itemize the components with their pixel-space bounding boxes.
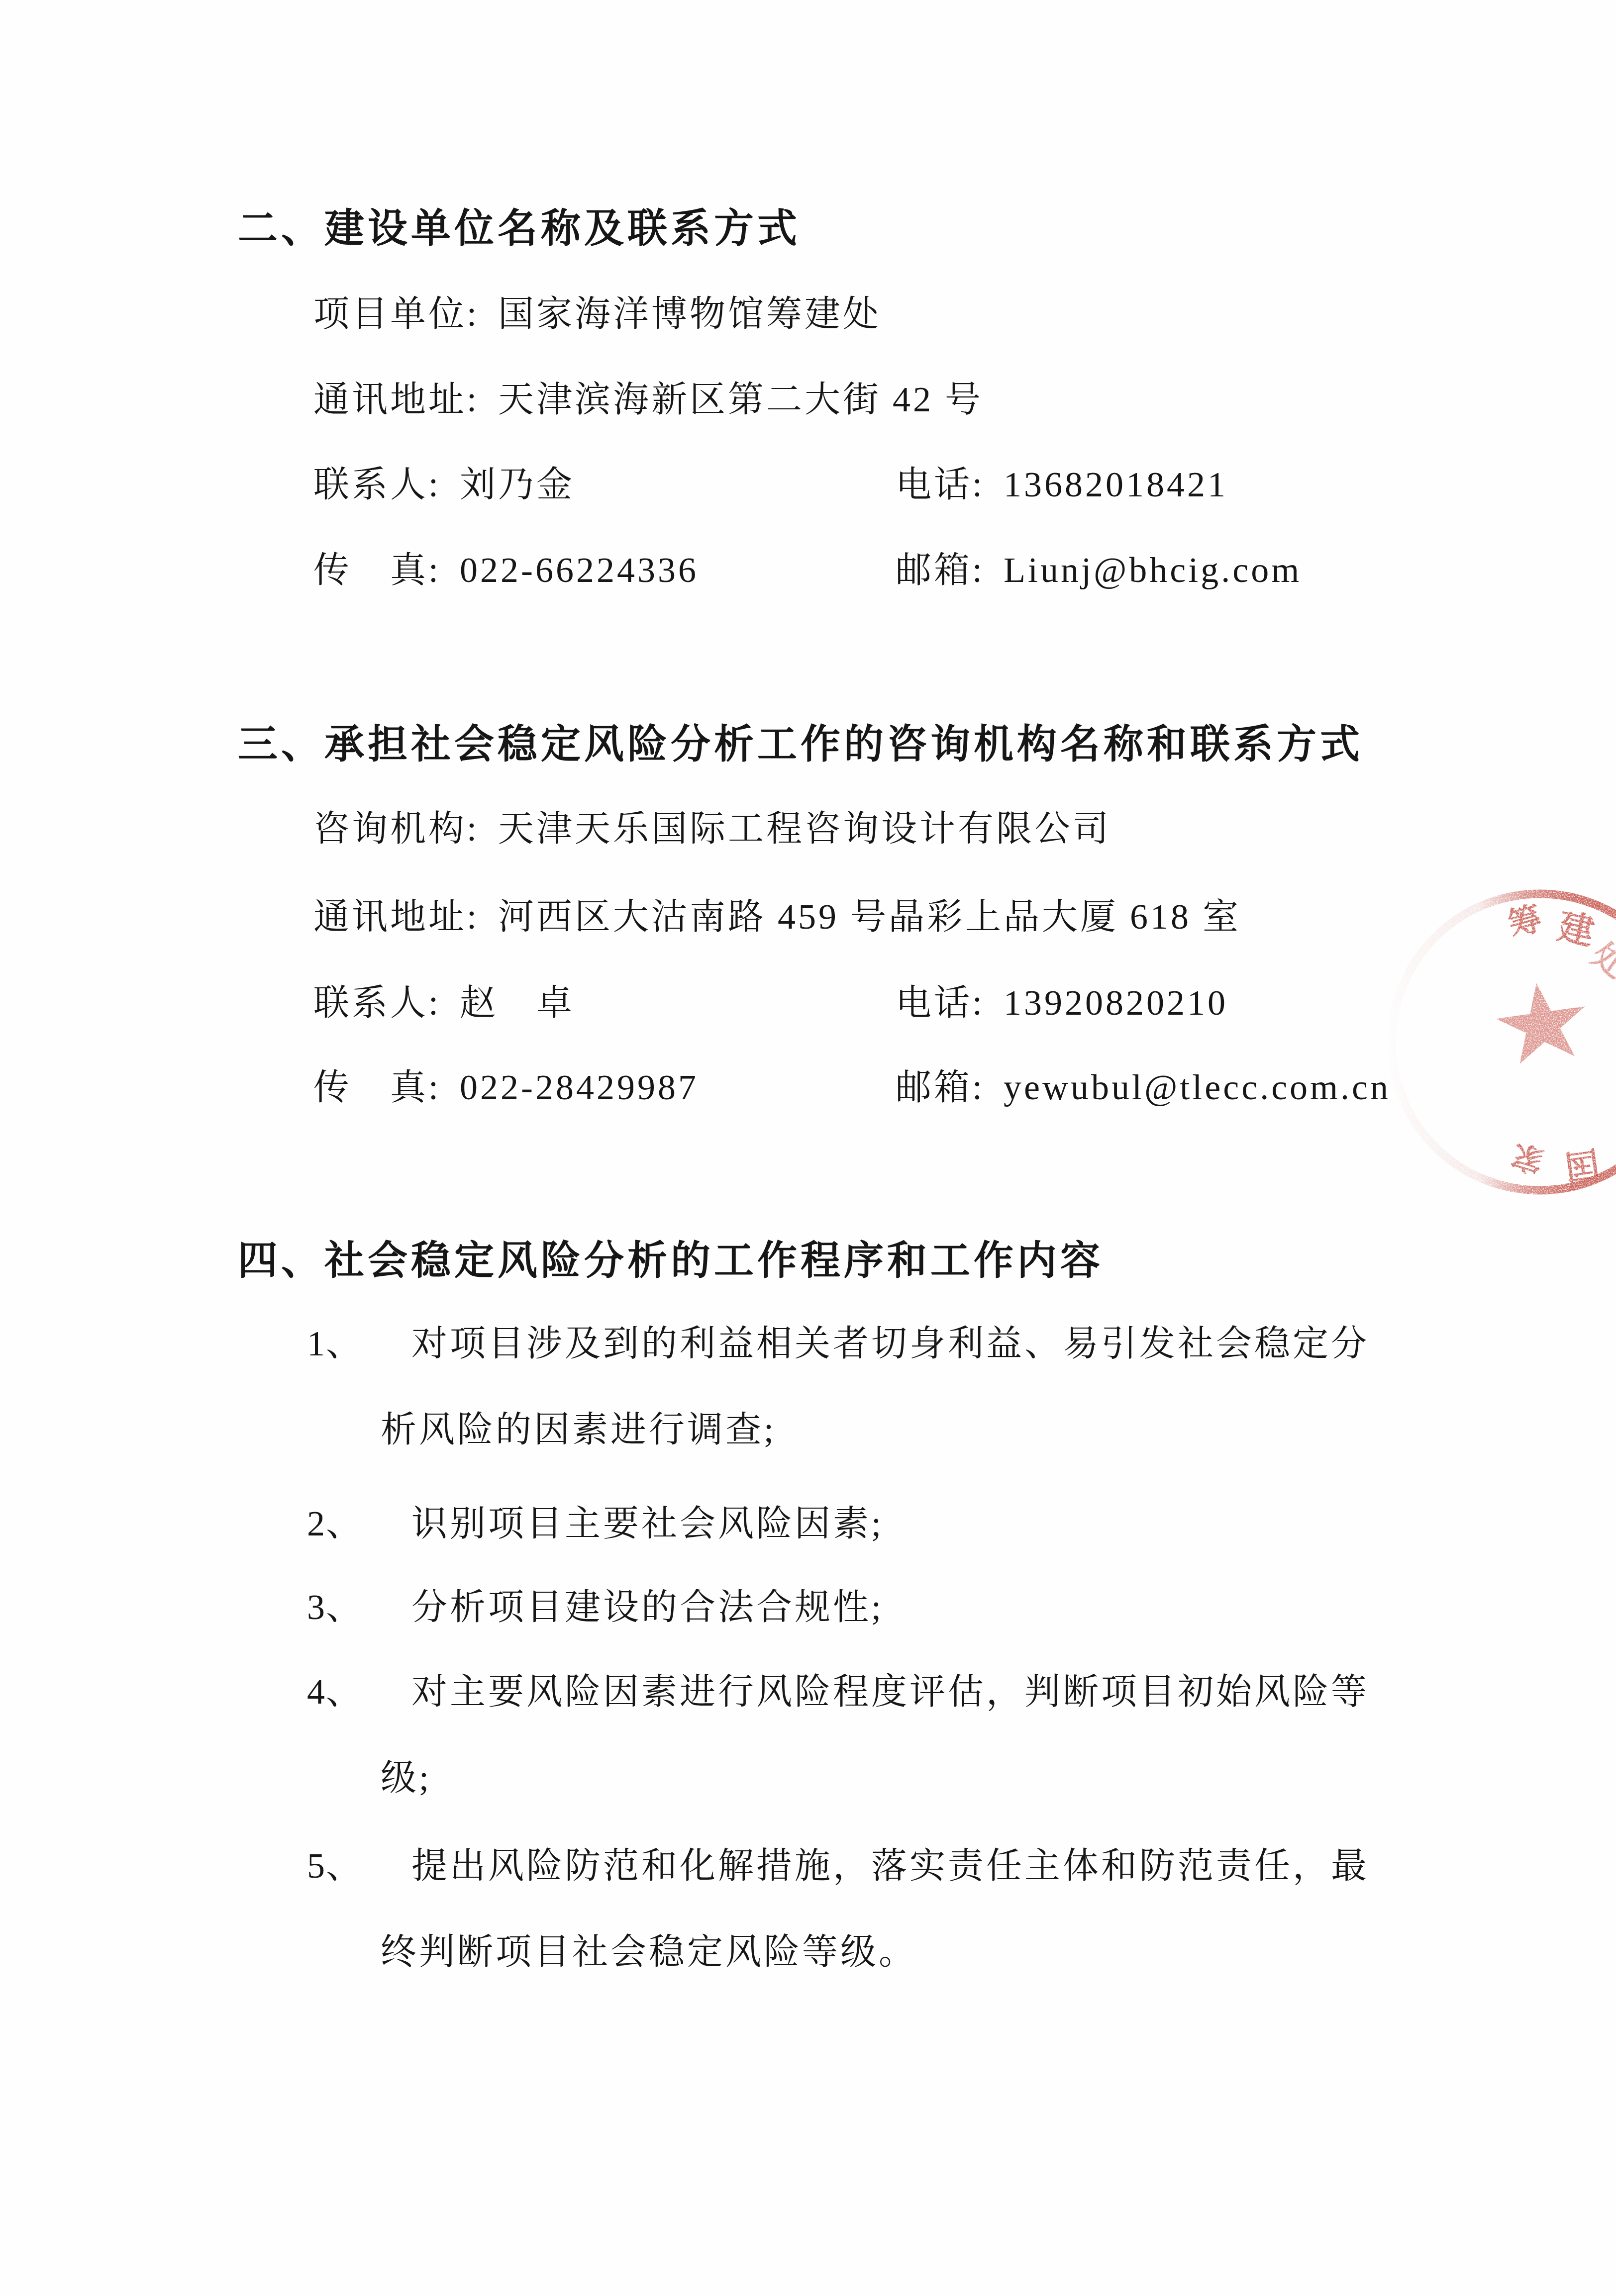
field-value: 刘乃金: [460, 465, 575, 504]
field-value: 天津天乐国际工程咨询设计有限公司: [498, 809, 1111, 849]
scanned-document-page: 二、建设单位名称及联系方式 项目单位:国家海洋博物馆筹建处 通讯地址:天津滨海新…: [0, 0, 1616, 2296]
row-fax-2: 传 真:022-28429987 邮箱:yewubul@tlecc.com.cn: [0, 1045, 1616, 1131]
list-item-number: 3、: [307, 1564, 363, 1650]
row-consulting-org: 咨询机构:天津天乐国际工程咨询设计有限公司: [0, 786, 1616, 872]
field-contact-person: 联系人:赵 卓: [313, 960, 575, 1046]
field-label: 邮箱:: [896, 550, 985, 590]
official-seal-stamp: 筹 建 处 家 国: [1383, 885, 1616, 1204]
list-item-line: 终判断项目社会稳定风险等级。: [381, 1909, 1450, 1995]
field-label: 电话:: [896, 465, 985, 504]
row-mailing-address-2: 通讯地址:河西区大沽南路 459 号晶彩上品大厦 618 室: [0, 874, 1616, 960]
list-item-line: 对项目涉及到的利益相关者切身利益、易引发社会稳定分: [381, 1301, 1450, 1387]
field-fax: 传 真:022-28429987: [313, 1045, 699, 1131]
seal-char: 筹: [1505, 900, 1546, 944]
list-item-3: 3、 分析项目建设的合法合规性;: [381, 1564, 1450, 1650]
list-item-1: 1、 对项目涉及到的利益相关者切身利益、易引发社会稳定分 析风险的因素进行调查;: [381, 1301, 1450, 1473]
list-item-5: 5、 提出风险防范和化解措施，落实责任主体和防范责任，最 终判断项目社会稳定风险…: [381, 1823, 1450, 1995]
list-item-line: 分析项目建设的合法合规性;: [381, 1564, 1450, 1650]
field-value: 13682018421: [1004, 465, 1228, 504]
row-contact-person-2: 联系人:赵 卓 电话:13920820210: [0, 960, 1616, 1046]
field-mailing-address: 通讯地址:河西区大沽南路 459 号晶彩上品大厦 618 室: [313, 874, 1241, 960]
list-item-number: 1、: [307, 1301, 363, 1387]
list-item-line: 析风险的因素进行调查;: [381, 1387, 1450, 1473]
field-phone: 电话:13920820210: [896, 960, 1228, 1046]
list-item-4: 4、 对主要风险因素进行风险程度评估，判断项目初始风险等 级;: [381, 1649, 1450, 1821]
field-value: yewubul@tlecc.com.cn: [1004, 1067, 1391, 1107]
row-contact-person-1: 联系人:刘乃金 电话:13682018421: [0, 442, 1616, 528]
list-item-line: 提出风险防范和化解措施，落实责任主体和防范责任，最: [381, 1823, 1450, 1909]
field-value: 022-66224336: [460, 550, 699, 590]
seal-star-icon: [1492, 977, 1592, 1066]
field-value: 河西区大沽南路 459 号晶彩上品大厦 618 室: [498, 897, 1241, 937]
list-item-line: 级;: [381, 1735, 1450, 1821]
list-item-line: 对主要风险因素进行风险程度评估，判断项目初始风险等: [381, 1649, 1450, 1735]
list-item-number: 5、: [307, 1823, 363, 1909]
row-project-unit: 项目单位:国家海洋博物馆筹建处: [0, 271, 1616, 357]
field-phone: 电话:13682018421: [896, 442, 1228, 528]
field-label: 传 真:: [313, 1067, 441, 1107]
field-value: 赵 卓: [460, 983, 575, 1023]
field-label: 通讯地址:: [313, 380, 479, 419]
field-label: 项目单位:: [313, 294, 479, 334]
field-label: 通讯地址:: [313, 897, 479, 937]
field-value: 国家海洋博物馆筹建处: [498, 294, 881, 334]
field-mailing-address: 通讯地址:天津滨海新区第二大街 42 号: [313, 357, 983, 443]
seal-char: 建: [1554, 906, 1598, 953]
field-fax: 传 真:022-66224336: [313, 527, 699, 613]
seal-char: 家: [1508, 1137, 1547, 1179]
field-email: 邮箱:Liunj@bhcig.com: [896, 527, 1302, 613]
field-value: 13920820210: [1004, 983, 1228, 1023]
field-contact-person: 联系人:刘乃金: [313, 442, 575, 528]
seal-char: 国: [1563, 1144, 1602, 1186]
list-item-line: 识别项目主要社会风险因素;: [381, 1481, 1450, 1567]
field-project-unit: 项目单位:国家海洋博物馆筹建处: [313, 271, 881, 357]
section-4-heading: 四、社会稳定风险分析的工作程序和工作内容: [238, 1236, 1104, 1286]
section-2-heading: 二、建设单位名称及联系方式: [238, 204, 801, 254]
row-mailing-address-1: 通讯地址:天津滨海新区第二大街 42 号: [0, 357, 1616, 443]
field-email: 邮箱:yewubul@tlecc.com.cn: [896, 1045, 1391, 1131]
field-label: 联系人:: [313, 983, 441, 1023]
field-label: 邮箱:: [896, 1067, 985, 1107]
list-item-number: 2、: [307, 1481, 363, 1567]
field-label: 联系人:: [313, 465, 441, 504]
row-fax-1: 传 真:022-66224336 邮箱:Liunj@bhcig.com: [0, 527, 1616, 613]
list-item-2: 2、 识别项目主要社会风险因素;: [381, 1481, 1450, 1567]
field-value: 022-28429987: [460, 1067, 699, 1107]
field-value: 天津滨海新区第二大街 42 号: [498, 380, 983, 419]
field-value: Liunj@bhcig.com: [1004, 550, 1302, 590]
field-label: 传 真:: [313, 550, 441, 590]
field-label: 咨询机构:: [313, 809, 479, 849]
field-label: 电话:: [896, 983, 985, 1023]
list-item-number: 4、: [307, 1649, 363, 1735]
field-consulting-org: 咨询机构:天津天乐国际工程咨询设计有限公司: [313, 786, 1111, 872]
section-3-heading: 三、承担社会稳定风险分析工作的咨询机构名称和联系方式: [238, 720, 1363, 769]
